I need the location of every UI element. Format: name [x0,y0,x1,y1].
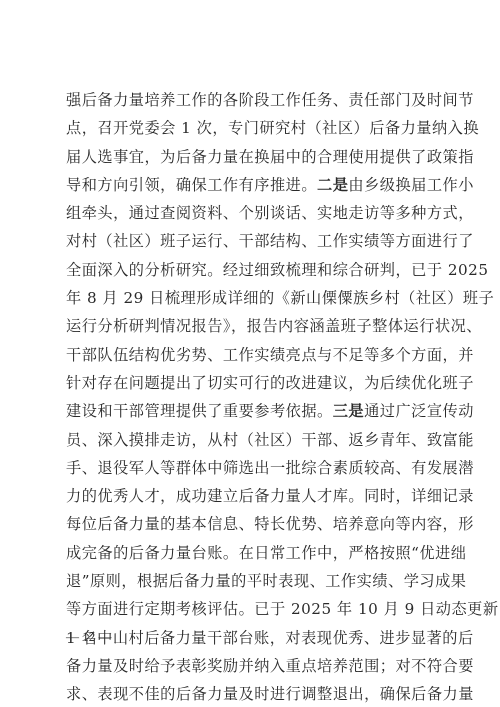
text-segment: 强后备力量培养工作的各阶段工作任务、责任部门及时间节 [66,91,474,109]
document-page: 强后备力量培养工作的各阶段工作任务、责任部门及时间节点，召开党委会 1 次，专门… [0,0,500,707]
text-segment: 针对存在问题提出了切实可行的改进建议，为后续优化班子 [66,374,474,392]
text-segment: 1 名中山村后备力量干部台账，对表现优秀、进步显著的后 [66,629,474,647]
text-segment: 导和方向引领，确保工作有序推进。 [66,176,317,194]
text-line: 手、退役军人等群体中筛选出一批综合素质较高、有发展潜 [66,454,436,482]
bold-lead-text: 三是 [333,402,364,420]
text-segment: 建设和干部管理提供了重要参考依据。 [66,402,333,420]
text-line: 力的优秀人才，成功建立后备力量人才库。同时，详细记录 [66,482,436,510]
text-segment: 全面深入的分析研究。经过细致梳理和综合研判，已于 2025 [66,261,488,279]
text-segment: 年 8 月 29 日梳理形成详细的《新山傈僳族乡村（社区）班子 [66,289,494,307]
bold-lead-text: 二是 [317,176,348,194]
text-line: 每位后备力量的基本信息、特长优势、培养意向等内容，形 [66,510,436,538]
text-line: 求、表现不佳的后备力量及时进行调整退出，确保后备力量 [66,680,436,707]
text-line: 强后备力量培养工作的各阶段工作任务、责任部门及时间节 [66,86,436,114]
text-segment: 由乡级换届工作小 [348,176,474,194]
text-line: 干部队伍结构优劣势、工作实绩亮点与不足等多个方面，并 [66,341,436,369]
page-number: — 12 — [66,628,112,646]
text-segment: 点，召开党委会 1 次，专门研究村（社区）后备力量纳入换 [66,119,479,137]
text-line: 运行分析研判情况报告》，报告内容涵盖班子整体运行状况、 [66,312,436,340]
text-line: 成完备的后备力量台账。在日常工作中，严格按照“优进绌 [66,539,436,567]
text-segment: 退”原则，根据后备力量的平时表现、工作实绩、学习成果 [66,572,466,590]
text-line: 年 8 月 29 日梳理形成详细的《新山傈僳族乡村（社区）班子 [66,284,436,312]
text-line: 等方面进行定期考核评估。已于 2025 年 10 月 9 日动态更新 [66,595,436,623]
text-segment: 运行分析研判情况报告》，报告内容涵盖班子整体运行状况、 [66,317,482,335]
text-line: 建设和干部管理提供了重要参考依据。三是通过广泛宣传动 [66,397,436,425]
text-segment: 干部队伍结构优劣势、工作实绩亮点与不足等多个方面，并 [66,346,474,364]
body-text: 强后备力量培养工作的各阶段工作任务、责任部门及时间节点，召开党委会 1 次，专门… [66,86,436,707]
text-line: 针对存在问题提出了切实可行的改进建议，为后续优化班子 [66,369,436,397]
text-segment: 组牵头，通过查阅资料、个别谈话、实地走访等多种方式， [66,204,474,222]
text-line: 备力量及时给予表彰奖励并纳入重点培养范围；对不符合要 [66,652,436,680]
text-segment: 等方面进行定期考核评估。已于 2025 年 10 月 9 日动态更新 [66,600,499,618]
text-line: 1 名中山村后备力量干部台账，对表现优秀、进步显著的后 [66,624,436,652]
text-line: 导和方向引领，确保工作有序推进。二是由乡级换届工作小 [66,171,436,199]
text-line: 届人选事宜，为后备力量在换届中的合理使用提供了政策指 [66,143,436,171]
text-segment: 求、表现不佳的后备力量及时进行调整退出，确保后备力量 [66,685,474,703]
text-line: 对村（社区）班子运行、干部结构、工作实绩等方面进行了 [66,227,436,255]
text-line: 组牵头，通过查阅资料、个别谈话、实地走访等多种方式， [66,199,436,227]
text-line: 员、深入摸排走访，从村（社区）干部、返乡青年、致富能 [66,426,436,454]
text-segment: 届人选事宜，为后备力量在换届中的合理使用提供了政策指 [66,148,474,166]
text-segment: 力的优秀人才，成功建立后备力量人才库。同时，详细记录 [66,487,474,505]
text-segment: 员、深入摸排走访，从村（社区）干部、返乡青年、致富能 [66,431,474,449]
text-segment: 备力量及时给予表彰奖励并纳入重点培养范围；对不符合要 [66,657,474,675]
text-segment: 通过广泛宣传动 [364,402,474,420]
text-segment: 成完备的后备力量台账。在日常工作中，严格按照“优进绌 [66,544,466,562]
text-line: 全面深入的分析研究。经过细致梳理和综合研判，已于 2025 [66,256,436,284]
text-segment: 每位后备力量的基本信息、特长优势、培养意向等内容，形 [66,515,474,533]
text-segment: 对村（社区）班子运行、干部结构、工作实绩等方面进行了 [66,232,474,250]
text-segment: 手、退役军人等群体中筛选出一批综合素质较高、有发展潜 [66,459,474,477]
text-line: 点，召开党委会 1 次，专门研究村（社区）后备力量纳入换 [66,114,436,142]
text-line: 退”原则，根据后备力量的平时表现、工作实绩、学习成果 [66,567,436,595]
